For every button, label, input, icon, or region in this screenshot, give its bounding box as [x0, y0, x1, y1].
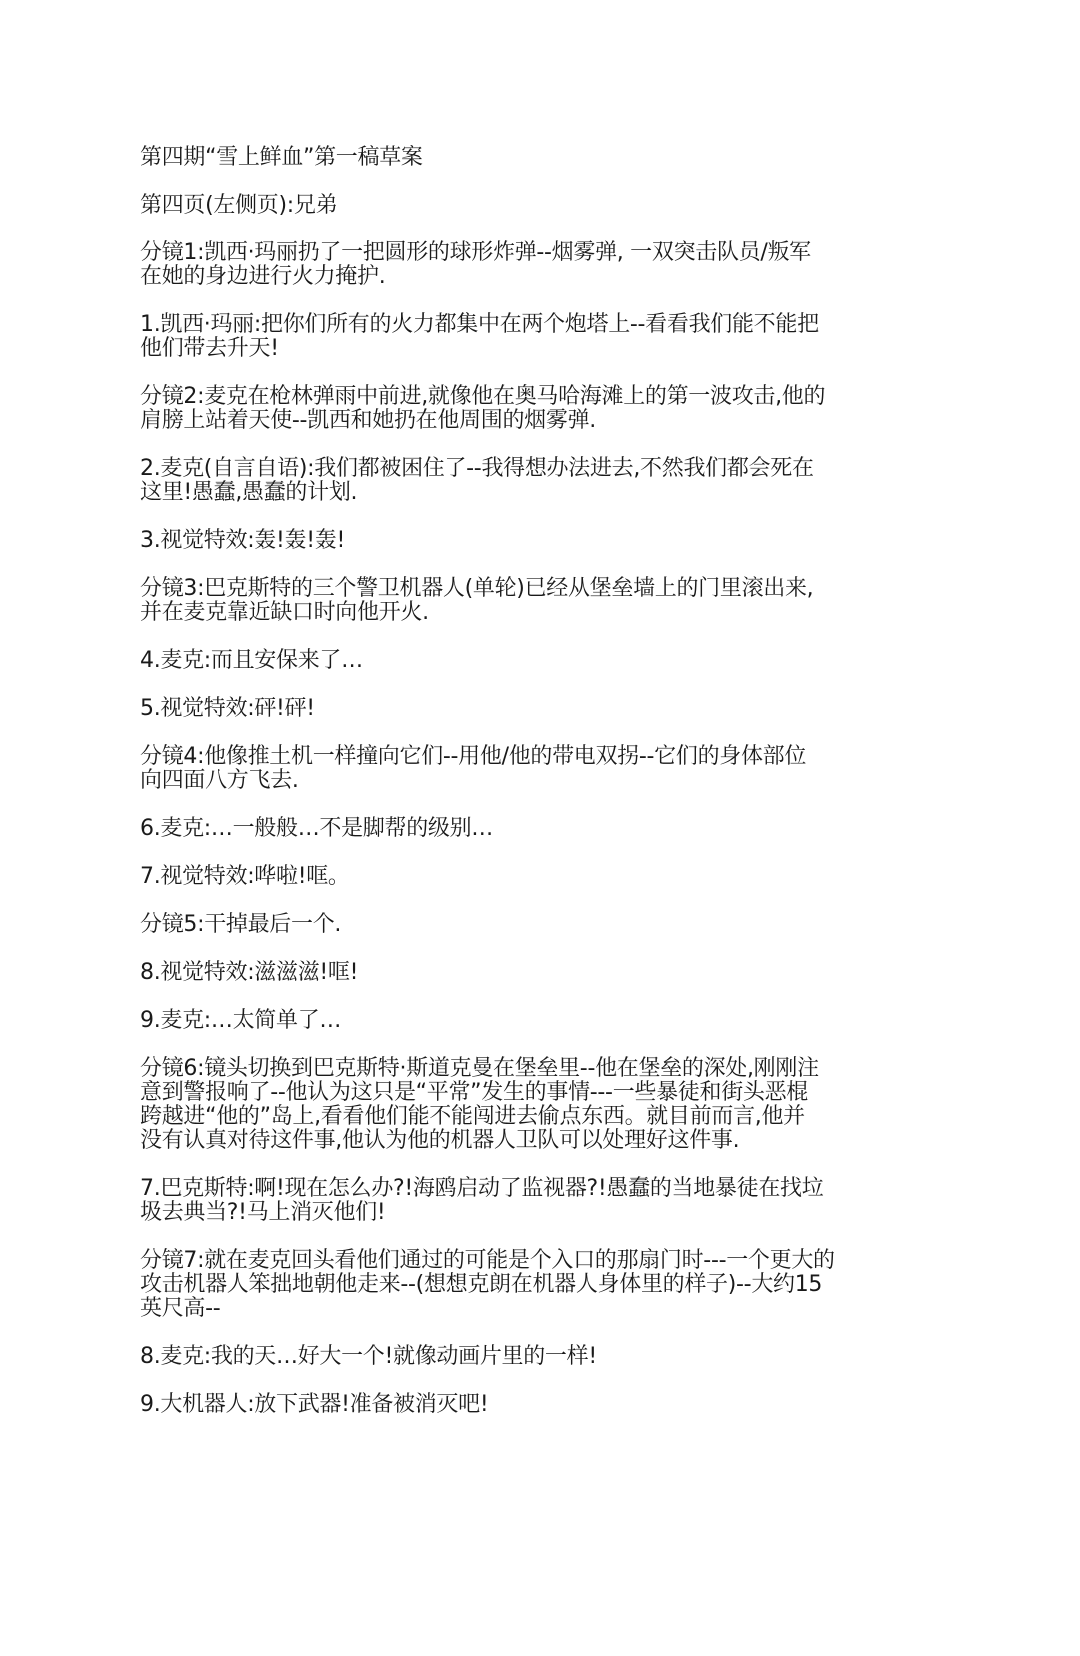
text-line: 分镜6:镜头切换到巴克斯特·斯道克曼在堡垒里--他在堡垒的深处,刚刚注 [140, 1057, 940, 1081]
dialogue-6: 6.麦克:…一般般…不是脚帮的级别… [140, 817, 940, 841]
dialogue-9: 9.麦克:…太简单了… [140, 1009, 940, 1033]
text-line: 9.大机器人:放下武器!准备被消灭吧! [140, 1393, 940, 1417]
text-line: 分镜5:干掉最后一个. [140, 913, 940, 937]
panel-6-description: 分镜6:镜头切换到巴克斯特·斯道克曼在堡垒里--他在堡垒的深处,刚刚注 意到警报… [140, 1057, 940, 1153]
dialogue-2: 2.麦克(自言自语):我们都被困住了--我得想办法进去,不然我们都会死在 这里!… [140, 457, 940, 505]
text-line: 2.麦克(自言自语):我们都被困住了--我得想办法进去,不然我们都会死在 [140, 457, 940, 481]
sfx-8: 8.视觉特效:滋滋滋!哐! [140, 961, 940, 985]
dialogue-9b: 9.大机器人:放下武器!准备被消灭吧! [140, 1393, 940, 1417]
text-line: 在她的身边进行火力掩护. [140, 265, 940, 289]
text-line: 这里!愚蠢,愚蠢的计划. [140, 481, 940, 505]
text-line: 7.视觉特效:哗啦!哐。 [140, 865, 940, 889]
panel-3-description: 分镜3:巴克斯特的三个警卫机器人(单轮)已经从堡垒墙上的门里滚出来, 并在麦克靠… [140, 577, 940, 625]
text-line: 跨越进“他的”岛上,看看他们能不能闯进去偷点东西。就目前而言,他并 [140, 1105, 940, 1129]
panel-5-description: 分镜5:干掉最后一个. [140, 913, 940, 937]
panel-1-description: 分镜1:凯西·玛丽扔了一把圆形的球形炸弹--烟雾弹, 一双突击队员/叛军 在她的… [140, 241, 940, 289]
text-line: 分镜1:凯西·玛丽扔了一把圆形的球形炸弹--烟雾弹, 一双突击队员/叛军 [140, 241, 940, 265]
document-title: 第四期“雪上鲜血”第一稿草案 [140, 145, 940, 171]
sfx-5: 5.视觉特效:砰!砰! [140, 697, 940, 721]
text-line: 意到警报响了--他认为这只是“平常”发生的事情---一些暴徒和街头恶棍 [140, 1081, 940, 1105]
text-line: 8.麦克:我的天…好大一个!就像动画片里的一样! [140, 1345, 940, 1369]
text-line: 向四面八方飞去. [140, 769, 940, 793]
text-line: 分镜3:巴克斯特的三个警卫机器人(单轮)已经从堡垒墙上的门里滚出来, [140, 577, 940, 601]
sfx-3: 3.视觉特效:轰!轰!轰! [140, 529, 940, 553]
sfx-7: 7.视觉特效:哗啦!哐。 [140, 865, 940, 889]
text-line: 6.麦克:…一般般…不是脚帮的级别… [140, 817, 940, 841]
text-line: 5.视觉特效:砰!砰! [140, 697, 940, 721]
text-line: 并在麦克靠近缺口时向他开火. [140, 601, 940, 625]
text-line: 1.凯西·玛丽:把你们所有的火力都集中在两个炮塔上--看看我们能不能把 [140, 313, 940, 337]
text-line: 圾去典当?!马上消灭他们! [140, 1201, 940, 1225]
panel-7-description: 分镜7:就在麦克回头看他们通过的可能是个入口的那扇门时---一个更大的 攻击机器… [140, 1249, 940, 1321]
text-line: 7.巴克斯特:啊!现在怎么办?!海鸥启动了监视器?!愚蠢的当地暴徒在找垃 [140, 1177, 940, 1201]
dialogue-7b: 7.巴克斯特:啊!现在怎么办?!海鸥启动了监视器?!愚蠢的当地暴徒在找垃 圾去典… [140, 1177, 940, 1225]
text-line: 分镜2:麦克在枪林弹雨中前进,就像他在奥马哈海滩上的第一波攻击,他的 [140, 385, 940, 409]
dialogue-1: 1.凯西·玛丽:把你们所有的火力都集中在两个炮塔上--看看我们能不能把 他们带去… [140, 313, 940, 361]
text-line: 他们带去升天! [140, 337, 940, 361]
text-line: 没有认真对待这件事,他认为他的机器人卫队可以处理好这件事. [140, 1129, 940, 1153]
panel-4-description: 分镜4:他像推土机一样撞向它们--用他/他的带电双拐--它们的身体部位 向四面八… [140, 745, 940, 793]
script-page: 第四期“雪上鲜血”第一稿草案 第四页(左侧页):兄弟 分镜1:凯西·玛丽扔了一把… [140, 145, 940, 1441]
text-line: 英尺高-- [140, 1297, 940, 1321]
page-heading: 第四页(左侧页):兄弟 [140, 193, 940, 219]
text-line: 肩膀上站着天使--凯西和她扔在他周围的烟雾弹. [140, 409, 940, 433]
panel-2-description: 分镜2:麦克在枪林弹雨中前进,就像他在奥马哈海滩上的第一波攻击,他的 肩膀上站着… [140, 385, 940, 433]
dialogue-4: 4.麦克:而且安保来了… [140, 649, 940, 673]
text-line: 攻击机器人笨拙地朝他走来--(想想克朗在机器人身体里的样子)--大约15 [140, 1273, 940, 1297]
text-line: 8.视觉特效:滋滋滋!哐! [140, 961, 940, 985]
text-line: 9.麦克:…太简单了… [140, 1009, 940, 1033]
text-line: 3.视觉特效:轰!轰!轰! [140, 529, 940, 553]
text-line: 分镜7:就在麦克回头看他们通过的可能是个入口的那扇门时---一个更大的 [140, 1249, 940, 1273]
text-line: 分镜4:他像推土机一样撞向它们--用他/他的带电双拐--它们的身体部位 [140, 745, 940, 769]
text-line: 4.麦克:而且安保来了… [140, 649, 940, 673]
dialogue-8b: 8.麦克:我的天…好大一个!就像动画片里的一样! [140, 1345, 940, 1369]
